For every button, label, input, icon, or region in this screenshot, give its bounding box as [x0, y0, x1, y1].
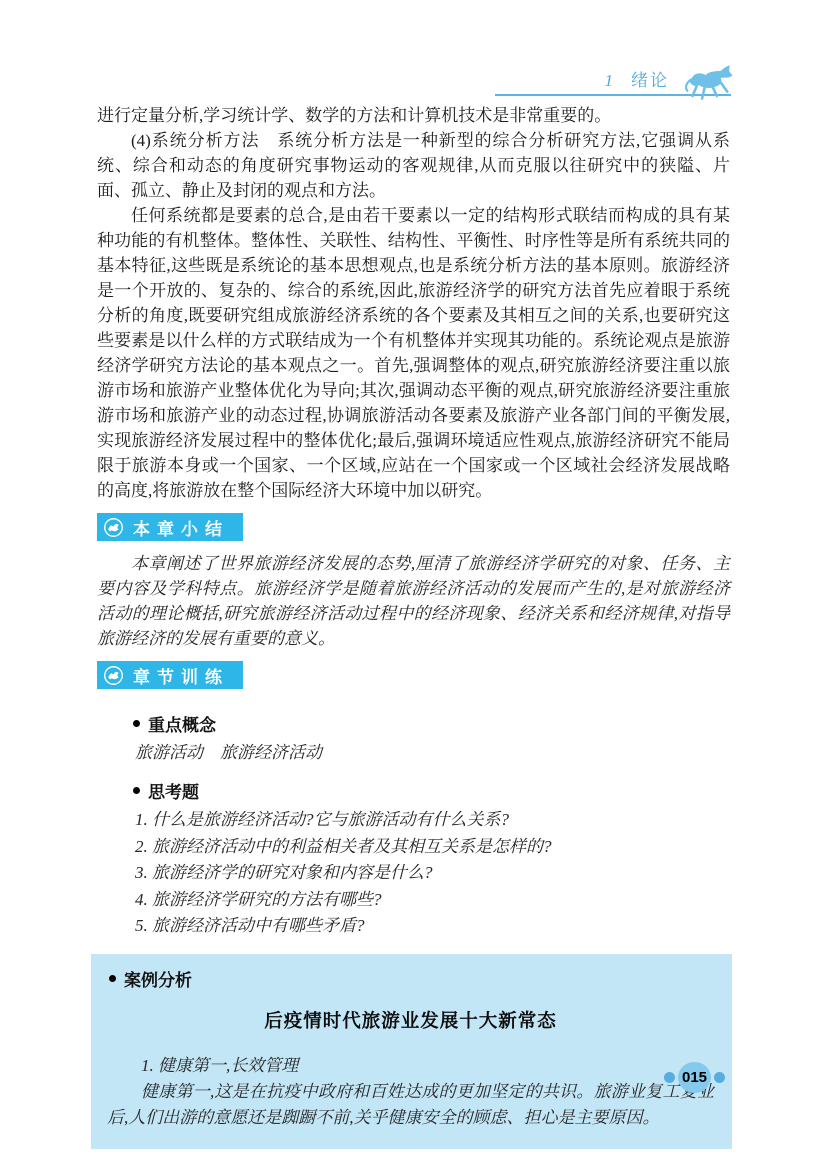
question-item: 4. 旅游经济学研究的方法有哪些? — [97, 887, 730, 914]
bullet-icon — [133, 787, 140, 794]
paragraph-system-theory: 任何系统都是要素的总合,是由若干要素以一定的结构形式联结而构成的具有某种功能的有… — [97, 203, 730, 503]
paragraph-continuation: 进行定量分析,学习统计学、数学的方法和计算机技术是非常重要的。 — [97, 103, 730, 128]
case-analysis-heading: 案例分析 — [107, 966, 714, 991]
key-concepts-list: 旅游活动 旅游经济活动 — [97, 740, 730, 766]
page-number-dot-right — [714, 1072, 725, 1083]
page-number: 015 — [678, 1062, 711, 1093]
case-body-text: 健康第一,这是在抗疫中政府和百姓达成的更加坚定的共识。旅游业复工复业后,人们出游… — [107, 1079, 714, 1131]
case-analysis-label: 案例分析 — [124, 966, 192, 991]
questions-label: 思考题 — [148, 778, 199, 803]
chapter-training-badge-label: 章节训练 — [133, 663, 229, 688]
chapter-summary-badge: 本章小结 — [97, 513, 243, 541]
case-point-1: 1. 健康第一,长效管理 — [107, 1053, 714, 1079]
chapter-title: 绪论 — [631, 71, 669, 90]
paragraph-method-4: (4)系统分析方法 系统分析方法是一种新型的综合分析研究方法,它强调从系统、综合… — [97, 128, 730, 203]
question-list: 1. 什么是旅游经济活动?它与旅游活动有什么关系? 2. 旅游经济活动中的利益相… — [97, 807, 730, 940]
seal-emblem-icon — [103, 665, 124, 686]
page-content: 进行定量分析,学习统计学、数学的方法和计算机技术是非常重要的。 (4)系统分析方… — [97, 103, 730, 1149]
questions-heading: 思考题 — [97, 778, 730, 803]
question-item: 1. 什么是旅游经济活动?它与旅游活动有什么关系? — [97, 807, 730, 834]
question-item: 3. 旅游经济学的研究对象和内容是什么? — [97, 860, 730, 887]
key-concepts-label: 重点概念 — [148, 711, 216, 736]
flying-horse-icon — [683, 63, 735, 103]
question-item: 2. 旅游经济活动中的利益相关者及其相互关系是怎样的? — [97, 834, 730, 861]
seal-emblem-icon — [103, 517, 124, 538]
case-analysis-box: 案例分析 后疫情时代旅游业发展十大新常态 1. 健康第一,长效管理 健康第一,这… — [91, 954, 732, 1149]
case-title: 后疫情时代旅游业发展十大新常态 — [107, 1007, 714, 1033]
chapter-summary-badge-label: 本章小结 — [133, 515, 229, 540]
chapter-heading: 1绪论 — [605, 66, 670, 91]
bullet-icon — [133, 720, 140, 727]
chapter-number: 1 — [605, 71, 616, 90]
key-concepts-heading: 重点概念 — [97, 711, 730, 736]
bullet-icon — [109, 975, 116, 982]
chapter-summary-text: 本章阐述了世界旅游经济发展的态势,厘清了旅游经济学研究的对象、任务、主要内容及学… — [97, 551, 730, 651]
chapter-training-badge: 章节训练 — [97, 661, 243, 689]
page-number-dot-left — [664, 1072, 675, 1083]
running-head: 1绪论 — [495, 66, 731, 96]
page-number-medallion: 015 — [664, 1062, 725, 1093]
question-item: 5. 旅游经济活动中有哪些矛盾? — [97, 913, 730, 940]
book-page: 1绪论 进行定量分析,学习统计学、数学的方法和计算机技术是非常重要的。 (4)系… — [0, 0, 826, 1160]
